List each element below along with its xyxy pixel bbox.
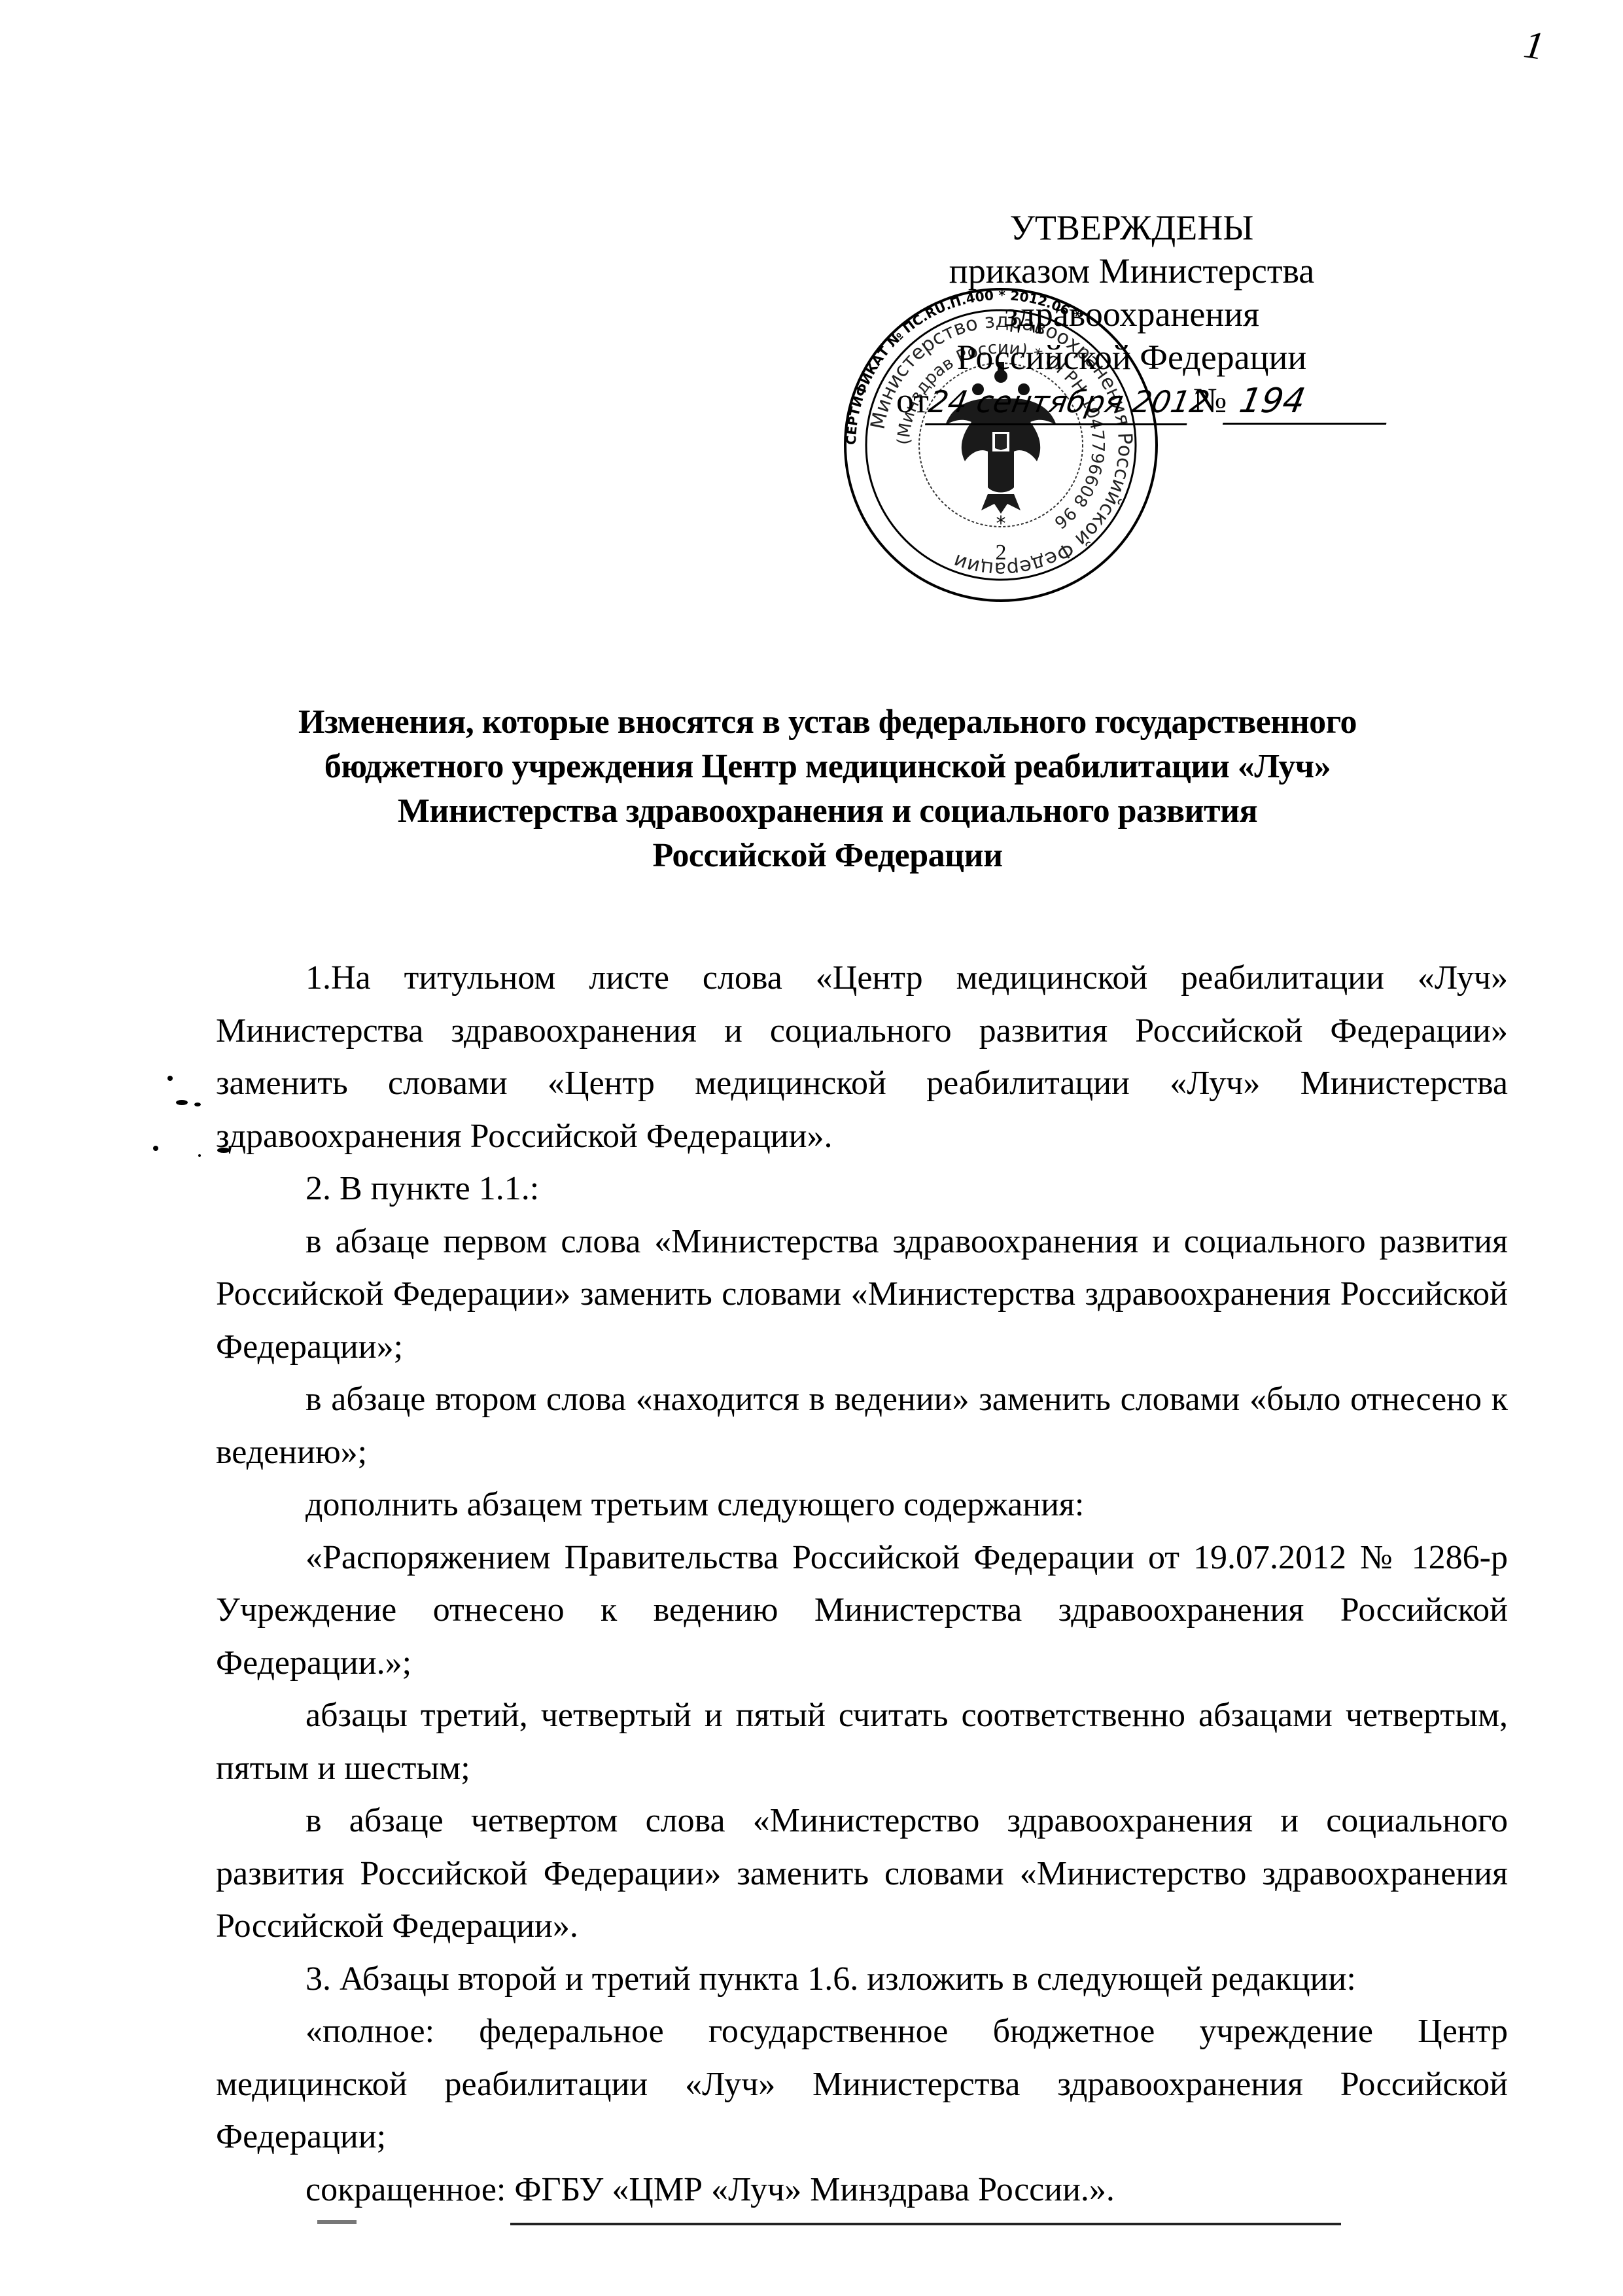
paragraph-item-2-add-third: дополнить абзацем третьим следующего сод… xyxy=(216,1479,1508,1532)
approval-block: УТВЕРЖДЕНЫ приказом Министерства здравоо… xyxy=(903,206,1361,425)
handwritten-page-number: 1 xyxy=(1521,22,1546,69)
scan-specks xyxy=(150,1073,281,1243)
approved-by-order-line: приказом Министерства xyxy=(903,249,1361,292)
paragraph-item-2-renumber: абзацы третий, четвертый и пятый считать… xyxy=(216,1689,1508,1795)
document-body: 1.На титульном листе слова «Центр медици… xyxy=(216,952,1508,2216)
paragraph-item-2-fourth-abzac: в абзаце четвертом слова «Министерство з… xyxy=(216,1795,1508,1953)
stamp-bottom-number: 2 xyxy=(996,540,1007,565)
scan-edge-mark xyxy=(317,2220,357,2224)
handwritten-order-number: 194 xyxy=(1223,380,1394,425)
approved-ministry-line: здравоохранения xyxy=(903,292,1361,336)
approved-label: УТВЕРЖДЕНЫ xyxy=(903,206,1361,249)
paragraph-item-3-short-name: сокращенное: ФГБУ «ЦМР «Луч» Минздрава Р… xyxy=(216,2164,1508,2217)
paragraph-item-1: 1.На титульном листе слова «Центр медици… xyxy=(216,952,1508,1163)
approved-country-line: Российской Федерации xyxy=(903,336,1361,379)
stamp-star: * xyxy=(996,512,1006,535)
paragraph-item-2-heading: 2. В пункте 1.1.: xyxy=(216,1163,1508,1216)
paragraph-item-2-first-abzac: в абзаце первом слова «Министерства здра… xyxy=(216,1216,1508,1374)
paragraph-item-2-second-abzac: в абзаце втором слова «находится в веден… xyxy=(216,1373,1508,1479)
document-title: Изменения, которые вносятся в устав феде… xyxy=(164,700,1492,878)
from-label: от xyxy=(896,381,929,420)
paragraph-item-3: 3. Абзацы второй и третий пункта 1.6. из… xyxy=(216,1953,1508,2006)
title-line-3: Министерства здравоохранения и социально… xyxy=(164,789,1492,834)
title-line-1: Изменения, которые вносятся в устав феде… xyxy=(164,700,1492,745)
handwritten-date: 24 сентября 2012 xyxy=(925,380,1195,425)
order-date-number-line: от24 сентября 2012№194 xyxy=(903,379,1361,425)
title-line-2: бюджетного учреждения Центр медицинской … xyxy=(164,745,1492,789)
paragraph-item-2-new-third-text: «Распоряжением Правительства Российской … xyxy=(216,1532,1508,1690)
paragraph-item-3-full-name: «полное: федеральное государственное бюд… xyxy=(216,2005,1508,2164)
scan-bottom-edge-line xyxy=(510,2223,1341,2225)
title-line-4: Российской Федерации xyxy=(164,834,1492,878)
